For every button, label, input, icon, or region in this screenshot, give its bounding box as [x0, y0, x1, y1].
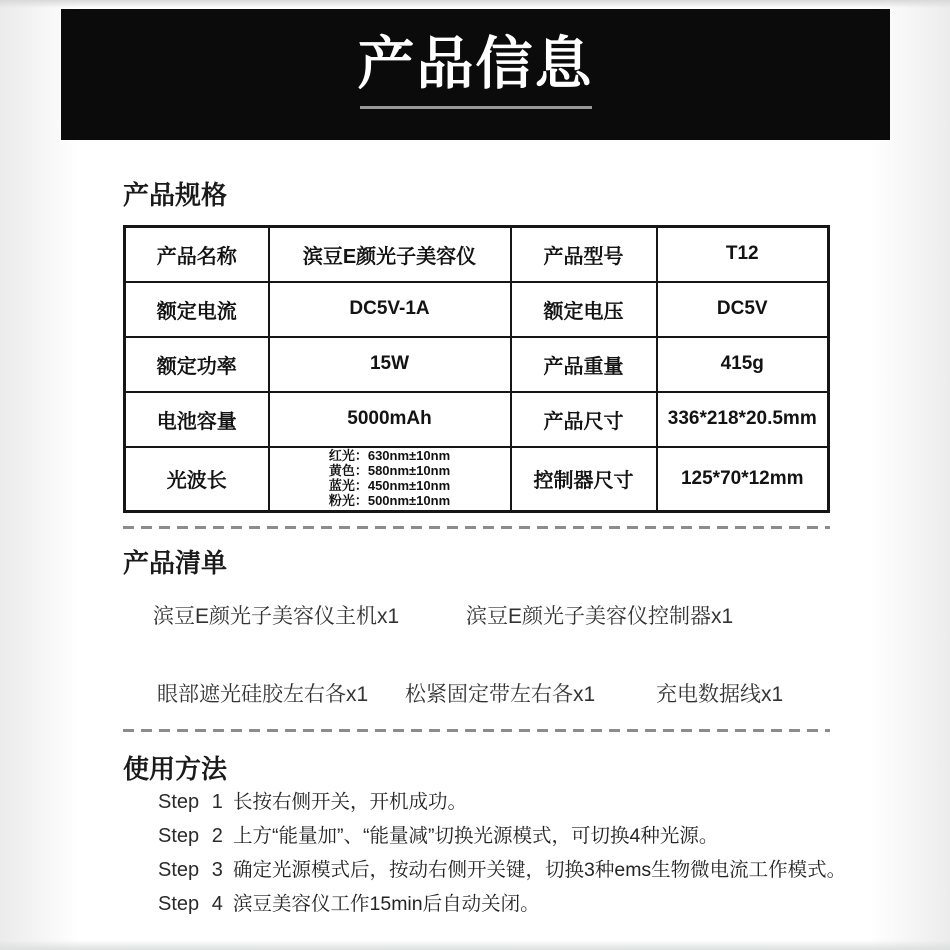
title-underline	[360, 106, 592, 109]
package-item: 滨豆E颜光子美容仪控制器x1	[466, 600, 733, 630]
spec-value: 滨豆E颜光子美容仪	[269, 227, 511, 282]
spec-label: 额定电流	[125, 282, 269, 337]
spec-row-battery-size: 电池容量 5000mAh 产品尺寸 336*218*20.5mm	[125, 392, 829, 447]
dashed-divider-top	[123, 526, 830, 529]
package-list-row-2: 眼部遮光硅胶左右各x1 松紧固定带左右各x1 充电数据线x1	[123, 678, 833, 702]
spec-value: 125*70*12mm	[657, 447, 829, 512]
spec-value: 5000mAh	[269, 392, 511, 447]
spec-label: 产品尺寸	[511, 392, 657, 447]
usage-steps: Step 1 长按右侧开关，开机成功。 Step 2 上方“能量加”、“能量减”…	[123, 790, 883, 926]
spec-label: 光波长	[125, 447, 269, 512]
wavelength-yellow: 黄色：580nm±10nm	[329, 463, 450, 478]
spec-label: 控制器尺寸	[511, 447, 657, 512]
wavelength-lines: 红光：630nm±10nm 黄色：580nm±10nm 蓝光：450nm±10n…	[329, 448, 450, 508]
usage-step-1: Step 1 长按右侧开关，开机成功。	[123, 790, 883, 824]
usage-step-4: Step 4 滨豆美容仪工作15min后自动关闭。	[123, 892, 883, 926]
package-item: 滨豆E颜光子美容仪主机x1	[153, 600, 399, 630]
usage-step-3: Step 3 确定光源模式后，按动右侧开关键，切换3种ems生物微电流工作模式。	[123, 858, 883, 892]
spec-table: 产品名称 滨豆E颜光子美容仪 产品型号 T12 额定电流 DC5V-1A 额定电…	[123, 225, 830, 513]
spec-label: 电池容量	[125, 392, 269, 447]
page-edge-shade-top	[0, 0, 950, 8]
spec-row-name-model: 产品名称 滨豆E颜光子美容仪 产品型号 T12	[125, 227, 829, 282]
wavelength-red: 红光：630nm±10nm	[329, 448, 450, 463]
spec-value: 415g	[657, 337, 829, 392]
spec-row-current-voltage: 额定电流 DC5V-1A 额定电压 DC5V	[125, 282, 829, 337]
spec-value: 336*218*20.5mm	[657, 392, 829, 447]
spec-row-power-weight: 额定功率 15W 产品重量 415g	[125, 337, 829, 392]
spec-label: 产品名称	[125, 227, 269, 282]
spec-label: 额定电压	[511, 282, 657, 337]
product-info-page: 产品信息 产品规格 产品名称 滨豆E颜光子美容仪 产品型号 T12 额定电流 D…	[0, 0, 950, 950]
spec-row-wavelength-controller: 光波长 红光：630nm±10nm 黄色：580nm±10nm 蓝光：450nm…	[125, 447, 829, 512]
spec-value: DC5V-1A	[269, 282, 511, 337]
package-item: 松紧固定带左右各x1	[405, 678, 595, 708]
page-edge-shade-left	[0, 0, 80, 950]
spec-value: T12	[657, 227, 829, 282]
spec-value: DC5V	[657, 282, 829, 337]
page-title: 产品信息	[358, 36, 594, 93]
wavelength-blue: 蓝光：450nm±10nm	[329, 478, 450, 493]
usage-section-heading: 使用方法	[123, 756, 227, 782]
spec-label: 产品重量	[511, 337, 657, 392]
title-banner: 产品信息	[61, 9, 890, 140]
dashed-divider-bottom	[123, 729, 830, 732]
spec-value: 15W	[269, 337, 511, 392]
wavelength-pink: 粉光：500nm±10nm	[329, 493, 450, 508]
package-list-row-1: 滨豆E颜光子美容仪主机x1 滨豆E颜光子美容仪控制器x1	[123, 600, 833, 624]
spec-label: 额定功率	[125, 337, 269, 392]
step-text: 上方“能量加”、“能量减”切换光源模式，可切换4种光源。	[233, 824, 718, 848]
step-label: Step 3	[158, 858, 268, 882]
step-text: 滨豆美容仪工作15min后自动关闭。	[233, 892, 540, 916]
step-text: 确定光源模式后，按动右侧开关键，切换3种ems生物微电流工作模式。	[233, 858, 846, 882]
usage-step-2: Step 2 上方“能量加”、“能量减”切换光源模式，可切换4种光源。	[123, 824, 883, 858]
step-text: 长按右侧开关，开机成功。	[233, 790, 467, 814]
spec-label: 产品型号	[511, 227, 657, 282]
spec-value-wavelengths: 红光：630nm±10nm 黄色：580nm±10nm 蓝光：450nm±10n…	[269, 447, 511, 512]
page-edge-shade-bottom	[0, 940, 950, 950]
step-label: Step 2	[158, 824, 268, 848]
package-section-heading: 产品清单	[123, 550, 227, 576]
specs-section-heading: 产品规格	[123, 182, 227, 208]
package-item: 眼部遮光硅胶左右各x1	[157, 678, 368, 708]
step-label: Step 4	[158, 892, 268, 916]
package-item: 充电数据线x1	[656, 678, 783, 708]
step-label: Step 1	[158, 790, 268, 814]
